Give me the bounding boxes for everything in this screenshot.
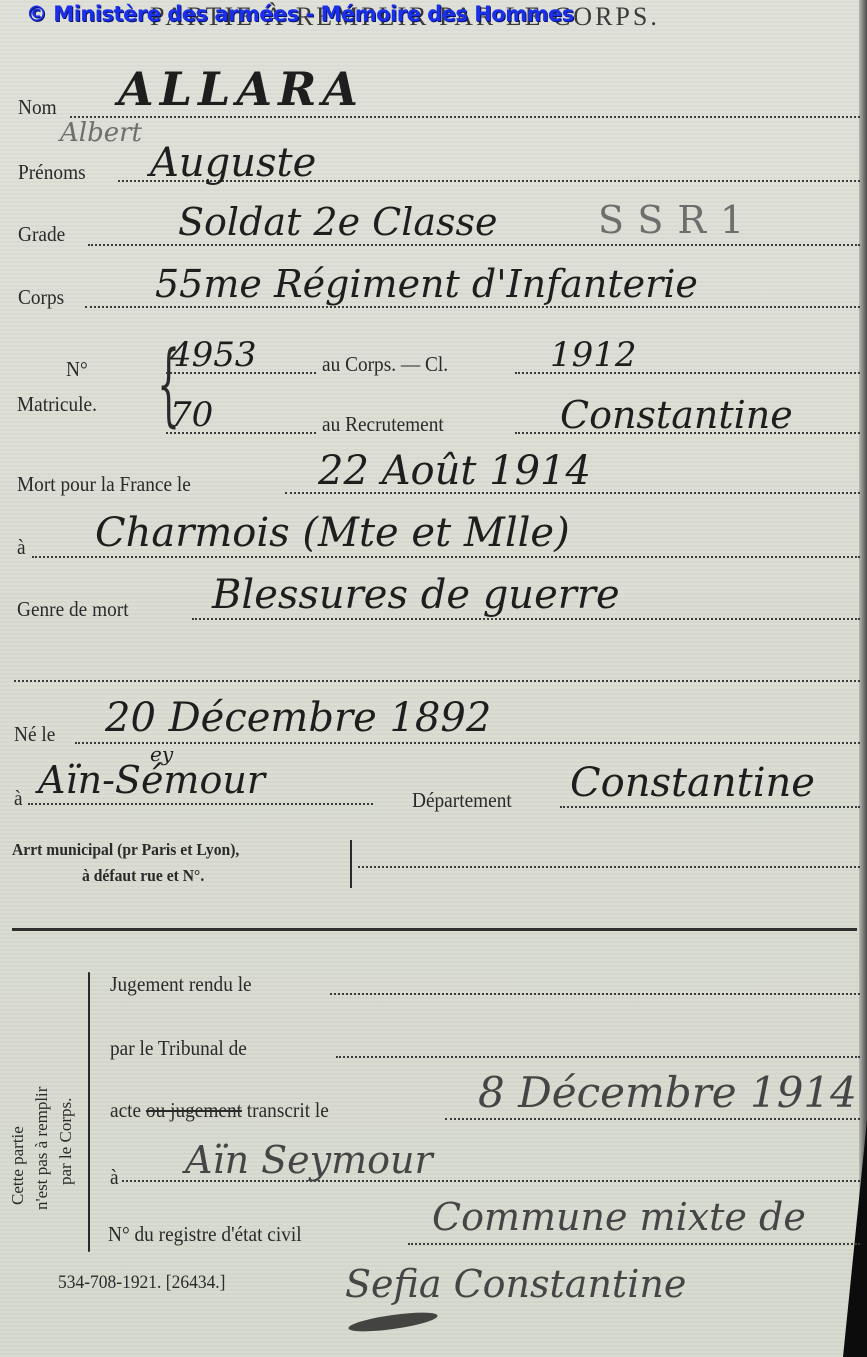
arrondissement-line — [358, 866, 860, 868]
naissance-label: Né le — [14, 722, 55, 747]
recrutement-label: au Recrutement — [322, 412, 444, 437]
registre-value-1: Commune mixte de — [432, 1195, 806, 1239]
naissance-value: 20 Décembre 1892 — [105, 695, 491, 741]
lieu-transcription-value: Aïn Seymour — [185, 1138, 433, 1182]
transcription-line — [445, 1118, 860, 1120]
tribunal-brace — [88, 972, 90, 1252]
transcrit-label: transcrit le — [247, 1098, 329, 1122]
departement-value: Constantine — [570, 760, 815, 806]
struck-jugement-label: ou jugement — [146, 1098, 242, 1122]
matricule-label: Matricule. — [17, 392, 97, 417]
matricule-corps-label: au Corps. — Cl. — [322, 352, 448, 377]
section-divider — [12, 928, 857, 931]
nom-line — [70, 116, 860, 118]
mort-value: 22 Août 1914 — [318, 448, 591, 494]
arrondissement-label-2: à défaut rue et N°. — [82, 866, 204, 886]
nom-label: Nom — [18, 95, 57, 120]
corps-line — [85, 306, 860, 308]
departement-line — [560, 806, 860, 808]
genre-mort-line — [192, 618, 860, 620]
side-note: Cette partie n'est pas à remplir par le … — [8, 1010, 88, 1210]
tribunal-line — [336, 1056, 860, 1058]
nom-value: ALLARA — [118, 62, 364, 116]
jugement-line — [330, 993, 860, 995]
arrondissement-label-1: Arrt municipal (pr Paris et Lyon), — [12, 840, 239, 860]
transcription-value: 8 Décembre 1914 — [478, 1068, 857, 1117]
grade-value: Soldat 2e Classe — [178, 200, 498, 244]
lieu-mort-value: Charmois (Mte et Mlle) — [95, 510, 570, 556]
jugement-label: Jugement rendu le — [110, 972, 252, 997]
naissance-line — [75, 742, 860, 744]
prenoms-label: Prénoms — [18, 160, 86, 185]
transcription-label: acte ou jugement transcrit le — [110, 1098, 329, 1123]
registre-value-2: Sefia Constantine — [345, 1262, 686, 1306]
tribunal-label: par le Tribunal de — [110, 1036, 247, 1061]
departement-label: Département — [412, 788, 512, 813]
acte-label: acte — [110, 1098, 141, 1122]
matricule-recrutement-number: 70 — [170, 395, 213, 435]
lieu-mort-label: à — [17, 535, 26, 560]
grade-line — [88, 244, 860, 246]
blank-line — [14, 680, 860, 682]
genre-mort-label: Genre de mort — [17, 597, 129, 622]
corps-value: 55me Régiment d'Infanterie — [155, 262, 698, 306]
recrutement-place-value: Constantine — [560, 393, 793, 437]
lieu-naissance-line — [28, 803, 373, 805]
prenoms-value: Auguste — [150, 140, 316, 186]
grade-annotation: SSR1 — [598, 198, 758, 242]
registre-line — [408, 1243, 860, 1245]
corps-label: Corps — [18, 285, 64, 310]
arrondissement-brace — [350, 840, 352, 888]
prenoms-annotation: Albert — [60, 118, 142, 148]
registre-label: N° du registre d'état civil — [108, 1222, 302, 1247]
matricule-corps-number: 4953 — [170, 335, 257, 375]
print-code: 534-708-1921. [26434.] — [58, 1272, 225, 1294]
mort-label: Mort pour la France le — [17, 472, 191, 497]
lieu-naissance-label: à — [14, 786, 23, 811]
lieu-mort-line — [32, 556, 860, 558]
copyright-watermark: © Ministère des armées - Mémoire des Hom… — [26, 2, 574, 26]
side-note-line-3: par le Corps. — [56, 1098, 76, 1185]
grade-label: Grade — [18, 222, 65, 247]
scan-edge-shadow — [843, 1120, 867, 1357]
lieu-transcription-label: à — [110, 1165, 119, 1190]
classe-value: 1912 — [550, 335, 637, 375]
lieu-naissance-annotation: ey — [150, 742, 173, 766]
matricule-no-label: N° — [66, 357, 88, 382]
side-note-line-1: Cette partie — [8, 1126, 28, 1205]
genre-mort-value: Blessures de guerre — [212, 572, 620, 618]
side-note-line-2: n'est pas à remplir — [32, 1087, 52, 1210]
